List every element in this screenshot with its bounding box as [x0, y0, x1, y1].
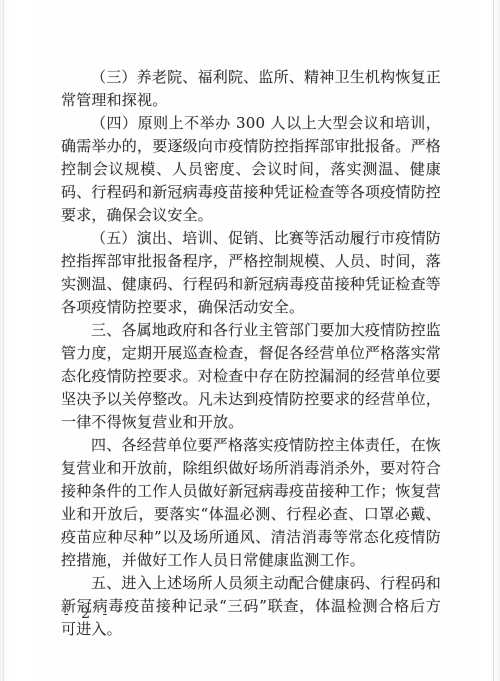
paragraph-item-5: （五）演出、培训、促销、比赛等活动履行市疫情防控指挥部审批报备程序，严格控制规模…: [61, 227, 441, 319]
paragraph-item-4: （四）原则上不举办 300 人以上大型会议和培训，确需举办的，要逐级向市疫情防控…: [61, 112, 441, 227]
paragraph-item-3: （三）养老院、福利院、监所、精神卫生机构恢复正常管理和探视。: [61, 66, 441, 112]
page-number: - 2 -: [64, 606, 111, 622]
paragraph-section-4: 四、各经营单位要严格落实疫情防控主体责任，在恢复营业和开放前，除组织做好场所消毒…: [61, 434, 441, 572]
page-right-edge-line: [493, 0, 494, 681]
scanned-document-page: （三）养老院、福利院、监所、精神卫生机构恢复正常管理和探视。 （四）原则上不举办…: [0, 0, 500, 681]
page-left-edge-line: [3, 0, 4, 681]
paragraph-section-3: 三、各属地政府和各行业主管部门要加大疫情防控监管力度，定期开展巡查检查，督促各经…: [61, 319, 441, 434]
paragraph-section-5: 五、进入上述场所人员须主动配合健康码、行程码和新冠病毒疫苗接种记录“三码”联查，…: [61, 572, 441, 641]
document-body: （三）养老院、福利院、监所、精神卫生机构恢复正常管理和探视。 （四）原则上不举办…: [61, 66, 441, 641]
